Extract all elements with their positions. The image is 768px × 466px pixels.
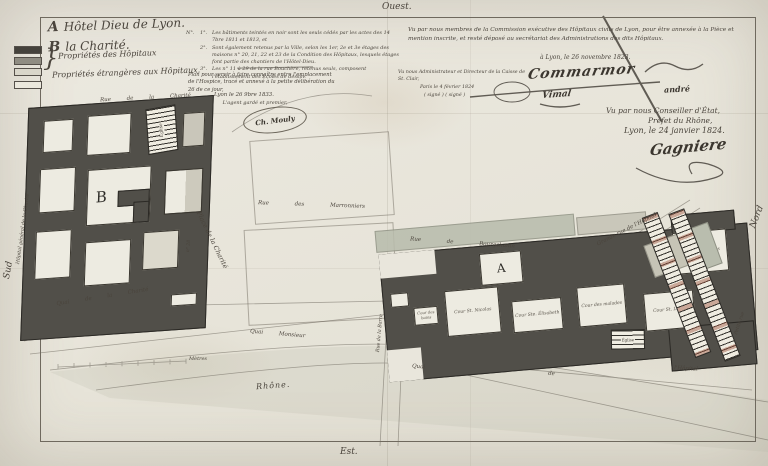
compass-east-label: Est. [340,447,358,457]
note-num: 1°. [200,30,212,45]
quai-de-label: de [548,371,555,377]
notes-signer-line: L'agent gardé et premier, [200,100,310,106]
plan-b-courtyard [43,119,74,153]
plan-a-letter-block: A [479,250,524,286]
plan-b-letter: B [96,188,108,207]
notes-paragraph-date: Lyon le 26 9bre 1833. [214,92,274,98]
plan-a-church: Église [611,329,645,350]
plan-b-courtyard [142,230,179,271]
city-block-outline [249,131,395,225]
plan-b-la-charite: Église B [20,95,214,341]
quai-hopital-label: l'Hôpital [674,365,698,372]
approval-text: Vu par nous membres de la Commission exé… [408,26,740,43]
notes-paragraph: Plan pour servir à faire connaître entre… [188,72,338,94]
note-text: Sont également retenus par la Ville, sel… [212,45,402,67]
plan-b-gate [171,293,197,307]
plan-a-courtyard: Cour Ste. Élisabeth [511,297,564,333]
plan-a-letter: A [496,261,506,276]
plan-b-courtyard [34,229,72,280]
approval-aside: Vu nous Administrateur et Directeur de l… [398,70,528,84]
prefect-line2: Préfet du Rhône, [648,116,712,125]
note-text: Les bâtiments teintés en noir sont les s… [212,30,402,45]
plan-a-church-label: Église [621,337,636,342]
plan-a-courtyard: Cour St. Nicolas [444,286,502,337]
approval-aside-date: Paris le 4 février 1824 [420,85,474,90]
plan-a-courtyard: Cour des bains [413,306,438,326]
plan-b-church-label: Église [159,121,165,138]
compass-west-label: Ouest. [382,2,412,12]
legend [14,46,42,92]
approval-signature-3: andré [664,83,690,94]
notes-signature: Ch. Mouly [255,113,296,127]
prefect-date: Lyon, le 24 janvier 1824. [624,126,725,135]
plan-b-main-court: B [86,165,152,226]
prefect-line1: Vu par nous Conseiller d'État, [606,106,720,115]
plan-b-courtyard [182,112,205,148]
approval-aside-signatures: ( signé ) ( signé ) [424,93,465,98]
plan-b-courtyard [86,113,131,156]
title-letter-a: A [47,19,58,35]
plan-b-church: Église [145,104,178,155]
court-label: Cour Ste. Élisabeth [515,310,560,319]
plan-a-notch [379,250,437,279]
plan-b-courtyard [84,239,131,286]
court-label: Cour des malades [581,301,622,310]
legend-brace: } [43,44,58,72]
court-label: Cour St. Nicolas [454,307,492,316]
legend-swatch-paper [14,81,42,89]
title-hotel-dieu: Hôtel Dieu de Lyon. [63,16,185,34]
approval-date: à Lyon, le 26 novembre 1823. [540,54,630,61]
plan-a-courtyard: Cour des malades [576,283,627,327]
plan-document: Ouest. Est. Nord Sud A Hôtel Dieu de Lyo… [0,0,768,466]
scale-metres-label: Mètres [189,356,207,362]
house-number-label: n° 28 [186,240,192,253]
court-label: Cour des bains [415,310,438,321]
plan-b-inner-wing [133,201,150,223]
note-num: 2°. [200,45,212,67]
approval-signature-2: Vimal [541,89,571,101]
plan-b-courtyard [39,167,76,214]
legend-swatch-gray [14,57,42,65]
plan-b-courtyard [164,168,203,215]
legend-swatch-dark [14,46,42,54]
plan-a-courtyard [390,292,409,308]
quai-label: Quai [412,364,425,371]
legend-swatch-light [14,68,42,76]
